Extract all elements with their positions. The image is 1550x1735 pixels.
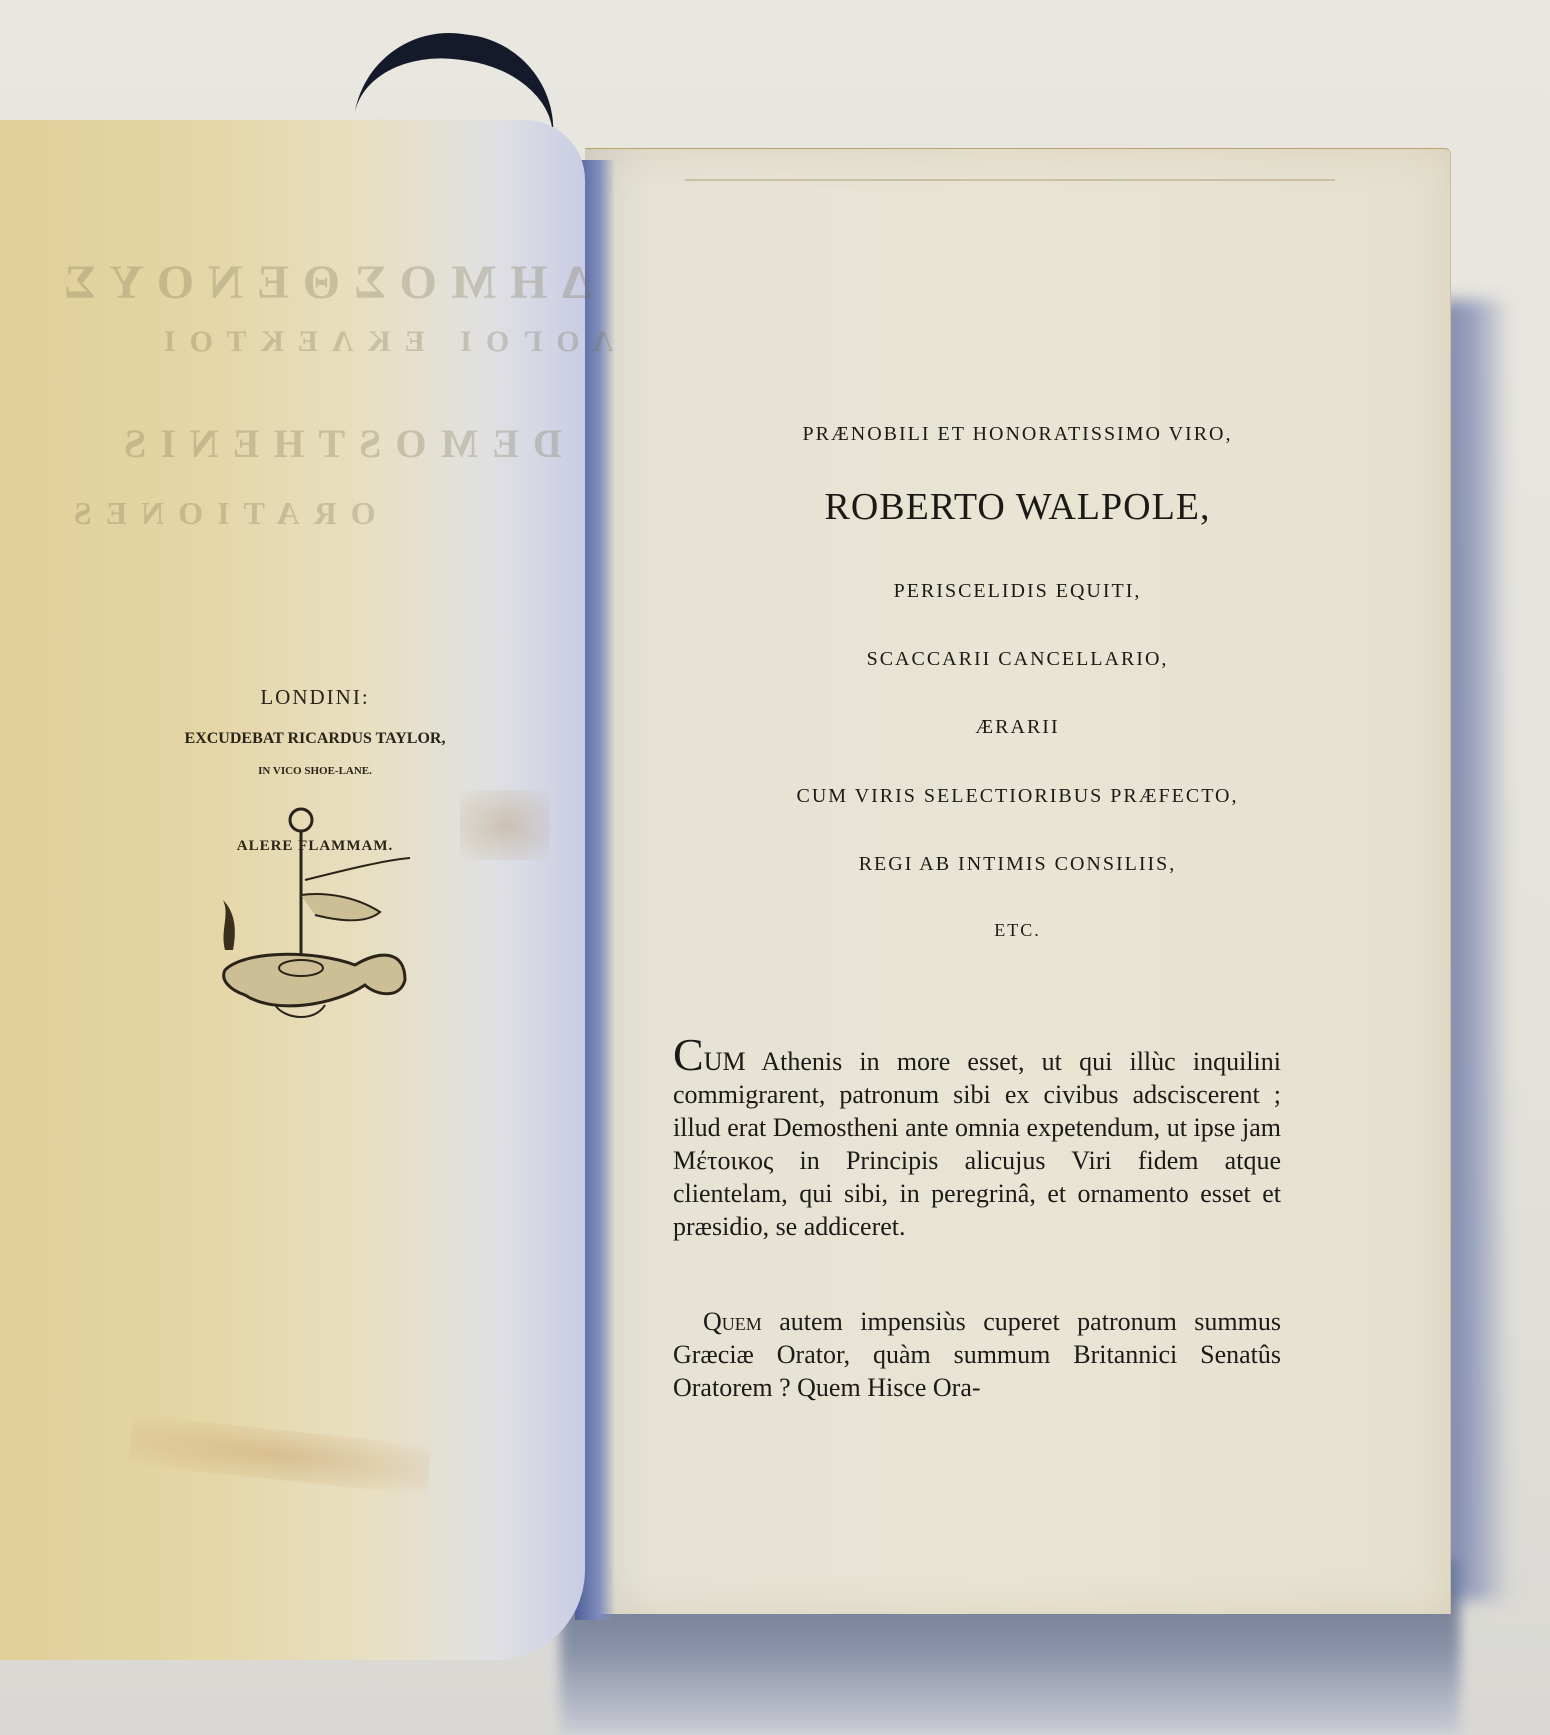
dedication-line-1: PRÆNOBILI ET HONORATISSIMO VIRO,	[585, 423, 1450, 446]
imprint-printer: EXCUDEBAT RICARDUS TAYLOR,	[140, 730, 490, 748]
bleed-through-line-1: ΔΗΜΟΣΘΕΝΟΥΣ	[50, 255, 592, 310]
dedication-line-8: ETC.	[585, 920, 1450, 941]
dedication-line-4: SCACCARII CANCELLARIO,	[585, 648, 1450, 671]
dedication-line-3: PERISCELIDIS EQUITI,	[585, 580, 1450, 603]
dedication-line-6: CUM VIRIS SELECTIORIBUS PRÆFECTO,	[585, 785, 1450, 808]
foxing-stain	[460, 790, 550, 860]
page-edge-line	[685, 179, 1335, 181]
drop-cap: C	[673, 1029, 704, 1080]
water-stain	[128, 1414, 432, 1495]
bleed-through-line-4: ORATIONES	[60, 495, 376, 532]
bleed-through-line-3: DEMOSTHENIS	[110, 420, 562, 467]
paragraph-1: CUM Athenis in more esset, ut qui illùc …	[673, 1040, 1281, 1243]
paragraph-1-text: Athenis in more esset, ut qui illùc inqu…	[673, 1047, 1281, 1241]
bleed-through-line-2: ΛΟΓΟΙ ΕΚΛΕΚΤΟΙ	[150, 325, 613, 359]
paragraph-2-lead: Quem	[703, 1307, 762, 1336]
paragraph-2-text: autem impensiùs cuperet patronum summus …	[673, 1307, 1281, 1402]
dedicatee-name: ROBERTO WALPOLE,	[585, 485, 1450, 529]
dedication-line-7: REGI AB INTIMIS CONSILIIS,	[585, 853, 1450, 876]
paragraph-1-lead: UM	[704, 1047, 746, 1076]
imprint-city: LONDINI:	[150, 685, 480, 710]
paragraph-2: Quem autem impensiùs cuperet patronum su…	[673, 1305, 1281, 1404]
dedication-line-5: ÆRARII	[585, 716, 1450, 739]
oil-lamp-with-hand-icon	[205, 800, 425, 1040]
imprint-address: IN VICO SHOE-LANE.	[150, 765, 480, 777]
